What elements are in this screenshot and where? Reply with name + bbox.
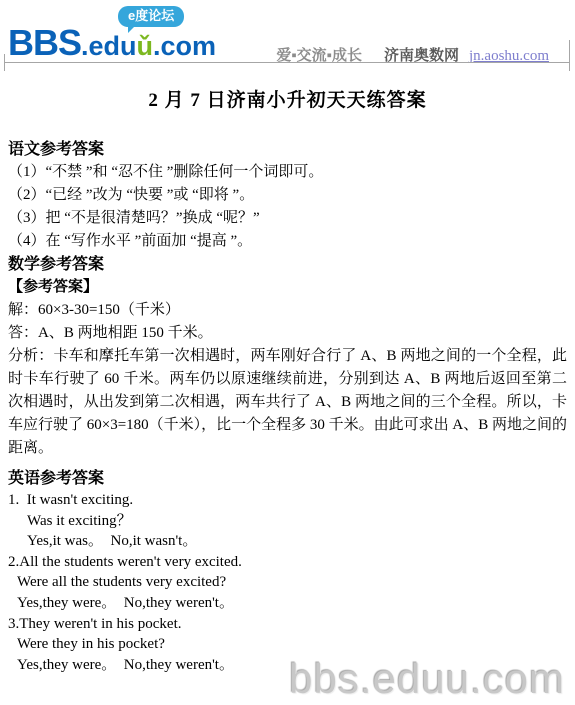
chinese-answer-line: （4）在 “写作水平 ”前面加 “提高 ”。 [8,230,567,253]
english-answer-line: 2.All the students weren't very excited. [8,552,567,573]
document-content: 语文参考答案 （1）“不禁 ”和 “忍不住 ”删除任何一个词即可。 （2）“已经… [0,139,575,675]
math-analysis-paragraph: 分析：卡车和摩托车第一次相遇时，两车刚好合行了 A、B 两地之间的一个全程，此时… [8,345,567,460]
english-answer-line: 3.They weren't in his pocket. [8,614,567,635]
english-answer-line: 1. It wasn't exciting. [8,490,567,511]
english-section-heading: 英语参考答案 [8,468,567,490]
logo-bbs-text: BBS [8,22,81,63]
site-header: BBS.eduǔ.com e度论坛 爱▪交流▪成长济南奥数网jn.aoshu.c… [0,0,575,72]
english-answer-line: Were they in his pocket? [8,634,567,655]
border-tick-left [4,54,5,71]
english-answer-line: Were all the students very excited? [8,572,567,593]
chinese-answer-line: （1）“不禁 ”和 “忍不住 ”删除任何一个词即可。 [8,161,567,184]
math-answer-line: 答：A、B 两地相距 150 千米。 [8,322,567,345]
english-answer-line: Yes,it was。 No,it wasn't。 [8,531,567,552]
border-tick-right [569,40,570,71]
document-page: BBS.eduǔ.com e度论坛 爱▪交流▪成长济南奥数网jn.aoshu.c… [0,0,575,705]
english-answer-line: Was it exciting？ [8,511,567,532]
chinese-answer-line: （2）“已经 ”改为 “快要 ”或 “即将 ”。 [8,184,567,207]
header-divider [5,62,570,63]
logo-u-green-text: ǔ [137,31,154,61]
english-answer-line: Yes,they were。 No,they weren't。 [8,593,567,614]
chinese-answer-line: （3）把 “不是很清楚吗？”换成 “呢？” [8,207,567,230]
site-logo[interactable]: BBS.eduǔ.com [8,22,216,64]
page-title: 2 月 7 日济南小升初天天练答案 [0,88,575,114]
badge-tail-shape [128,26,135,33]
math-sub-heading: 【参考答案】 [8,276,567,299]
logo-com-text: .com [153,31,216,61]
edu-forum-badge: e度论坛 [118,6,184,27]
chinese-section-heading: 语文参考答案 [8,139,567,161]
math-section-heading: 数学参考答案 [8,254,567,276]
logo-edu-text: .edu [81,31,137,61]
math-solution-line: 解：60×3-30=150（千米） [8,299,567,322]
site-watermark: bbs.eduu.com [289,655,565,703]
